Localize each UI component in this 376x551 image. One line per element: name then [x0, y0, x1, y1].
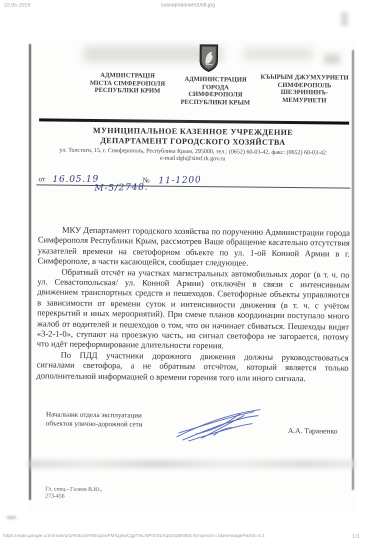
letter-body: МКУ Департамент городского хозяйства по … [36, 224, 350, 383]
signer-position: Начальник отдела эксплуатации объектов у… [46, 410, 176, 429]
letterhead-divider [39, 118, 349, 124]
scan-corner-artifact [341, 12, 348, 26]
print-footer-url: https://mail.google.com/mail/u/1/#inbox/… [3, 534, 265, 539]
coat-of-arms-icon [198, 42, 220, 74]
letterhead-crimean-tatar: КЪЫРЫМ ДЖУМХУРИЕТИ СИМФЕРОПОЛЬ ШЕЭРИНИНЪ… [257, 74, 351, 105]
handwritten-date: 16.05.19 [52, 175, 99, 185]
body-paragraph-1: МКУ Департамент городского хозяйства по … [38, 224, 350, 269]
scan-margin-artifact [7, 516, 16, 519]
signature-icon [174, 404, 264, 445]
executor-contact: Гл. спец.- Галеев В.Ю., 273-456 [45, 486, 135, 501]
handwritten-number-2: М-5/2748. [94, 183, 148, 194]
letterhead-ukrainian: АДМІНІСТРАЦІЯ МІСТА СІМФЕРОПОЛЯ РЕСПУБЛІ… [79, 72, 175, 96]
scanned-document: АДМІНІСТРАЦІЯ МІСТА СІМФЕРОПОЛЯ РЕСПУБЛІ… [28, 40, 356, 510]
letterhead-russian: АДМИНИСТРАЦИЯ ГОРОДА СИМФЕРОПОЛЯ РЕСПУБЛ… [175, 76, 255, 107]
body-paragraph-2: Обратный отсчёт на участках магистральны… [37, 266, 350, 353]
letter-content: АДМІНІСТРАЦІЯ МІСТА СІМФЕРОПОЛЯ РЕСПУБЛІ… [25, 38, 358, 511]
handwritten-number: 11-1200 [158, 175, 201, 186]
print-header-date: 22.05.2019 [4, 3, 30, 8]
print-footer-page-indicator: 1/1 [353, 534, 360, 539]
email-line: e-mail:dgh@simf.rk.gov.ru [160, 156, 225, 163]
from-label: от [38, 174, 45, 183]
body-paragraph-3: По ПДД участники дорожного движения долж… [36, 349, 348, 383]
institution-name: МУНИЦИПАЛЬНОЕ КАЗЕННОЕ УЧРЕЖДЕНИЕ ДЕПАРТ… [37, 125, 349, 147]
reference-line: от 16.05.19 № 11-1200 [36, 169, 350, 188]
institution-address: ул. Толстого, 15, г. Симферополь, Респуб… [33, 147, 353, 164]
signer-name: А.А. Тараненко [288, 426, 352, 436]
print-header-filename: сканирование0008.jpg [28, 3, 348, 8]
